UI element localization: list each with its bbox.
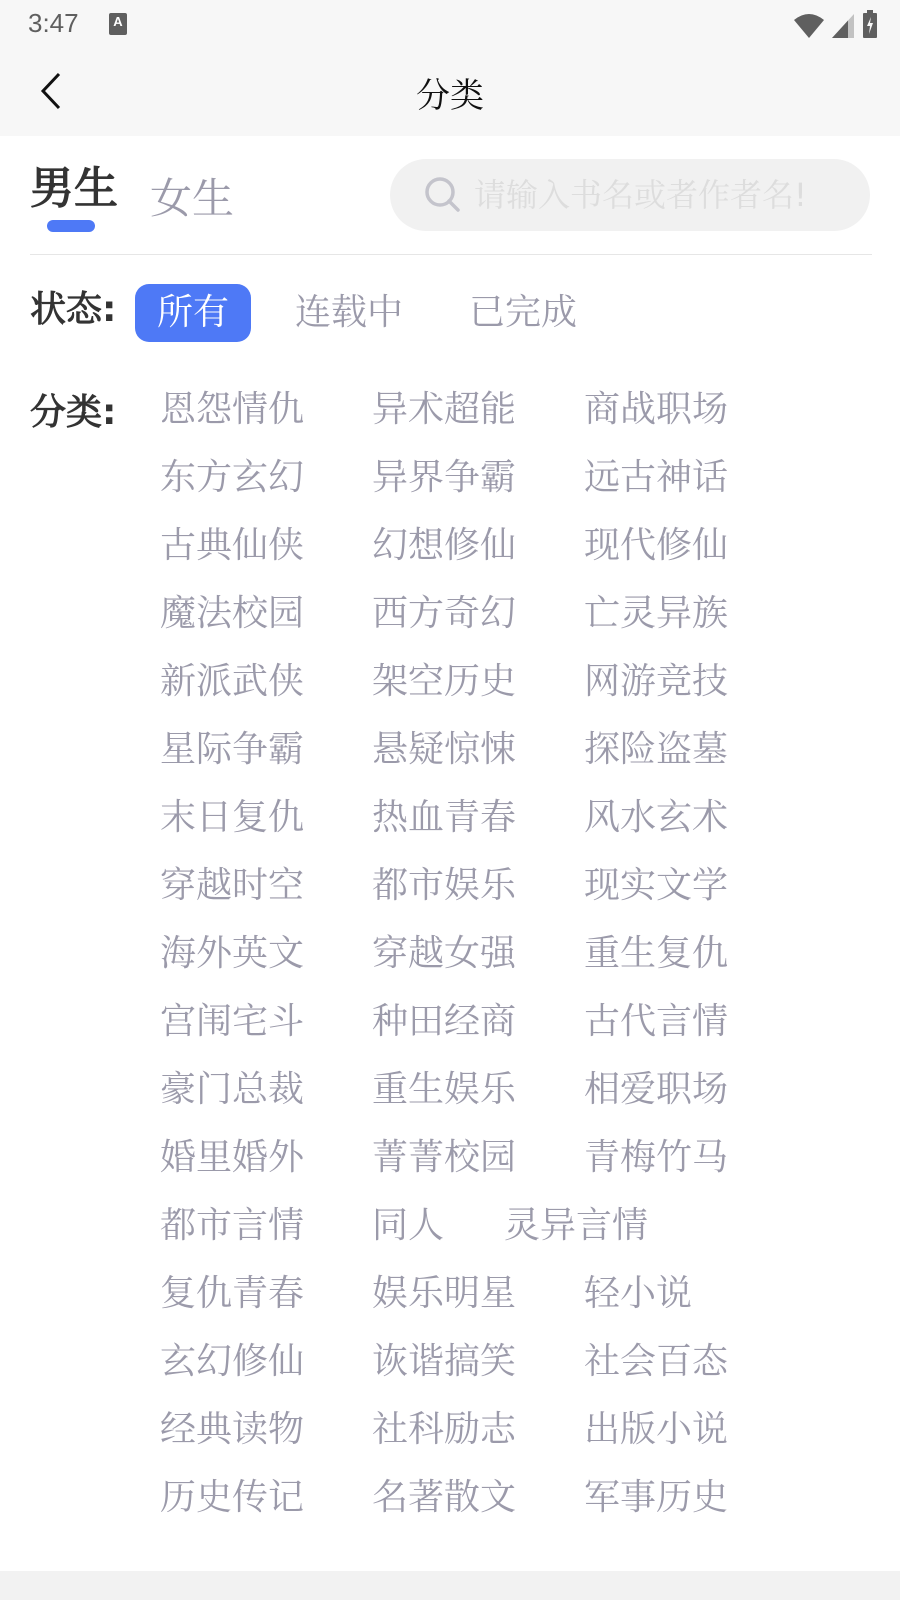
category-item[interactable]: 娱乐明星 bbox=[372, 1274, 524, 1314]
category-item[interactable]: 重生复仇 bbox=[584, 934, 736, 974]
category-item[interactable]: 末日复仇 bbox=[160, 798, 312, 838]
category-item[interactable]: 社会百态 bbox=[584, 1342, 736, 1382]
category-filter: 分类: 恩怨情仇 异术超能 商战职场 东方玄幻 异界争霸 远古神话 古典仙侠 幻… bbox=[30, 380, 870, 1518]
category-item[interactable]: 网游竞技 bbox=[584, 662, 736, 702]
category-item[interactable]: 重生娱乐 bbox=[372, 1070, 524, 1110]
category-item[interactable]: 军事历史 bbox=[584, 1478, 736, 1518]
tab-female[interactable]: 女生 bbox=[150, 166, 234, 232]
tab-female-label: 女生 bbox=[150, 174, 234, 223]
category-item[interactable]: 诙谐搞笑 bbox=[372, 1342, 524, 1382]
status-filter-label: 状态: bbox=[30, 281, 135, 332]
search-icon bbox=[424, 176, 462, 214]
gender-tabs: 男生 女生 bbox=[30, 152, 234, 232]
category-item[interactable]: 远古神话 bbox=[584, 458, 736, 498]
active-tab-indicator bbox=[47, 220, 95, 232]
search-input[interactable] bbox=[474, 176, 854, 214]
category-item[interactable]: 历史传记 bbox=[160, 1478, 312, 1518]
category-item[interactable]: 商战职场 bbox=[584, 390, 736, 430]
category-item[interactable]: 社科励志 bbox=[372, 1410, 524, 1450]
status-option-completed[interactable]: 已完成 bbox=[447, 284, 599, 342]
category-item[interactable]: 穿越时空 bbox=[160, 866, 312, 906]
category-item[interactable]: 东方玄幻 bbox=[160, 458, 312, 498]
category-item[interactable]: 婚里婚外 bbox=[160, 1138, 312, 1178]
category-item[interactable]: 现实文学 bbox=[584, 866, 736, 906]
category-item[interactable]: 种田经商 bbox=[372, 1002, 524, 1042]
category-item[interactable]: 同人 bbox=[372, 1206, 444, 1246]
wifi-icon bbox=[794, 14, 824, 38]
category-item[interactable]: 悬疑惊悚 bbox=[372, 730, 524, 770]
category-item[interactable]: 出版小说 bbox=[584, 1410, 736, 1450]
divider bbox=[30, 254, 872, 255]
status-time: 3:47 bbox=[28, 8, 79, 39]
category-item[interactable]: 轻小说 bbox=[584, 1274, 736, 1314]
category-item[interactable]: 都市言情 bbox=[160, 1206, 312, 1246]
category-item[interactable]: 新派武侠 bbox=[160, 662, 312, 702]
category-item[interactable]: 异术超能 bbox=[372, 390, 524, 430]
category-item[interactable]: 玄幻修仙 bbox=[160, 1342, 312, 1382]
category-item[interactable]: 古代言情 bbox=[584, 1002, 736, 1042]
category-item[interactable]: 异界争霸 bbox=[372, 458, 524, 498]
category-item[interactable]: 青梅竹马 bbox=[584, 1138, 736, 1178]
category-item[interactable]: 海外英文 bbox=[160, 934, 312, 974]
status-option-ongoing[interactable]: 连载中 bbox=[273, 284, 425, 342]
category-item[interactable]: 风水玄术 bbox=[584, 798, 736, 838]
category-item[interactable]: 古典仙侠 bbox=[160, 526, 312, 566]
status-filter: 状态: 所有 连载中 已完成 bbox=[30, 284, 621, 342]
category-item[interactable]: 西方奇幻 bbox=[372, 594, 524, 634]
category-item[interactable]: 魔法校园 bbox=[160, 594, 312, 634]
page-title: 分类 bbox=[0, 68, 900, 117]
category-list: 恩怨情仇 异术超能 商战职场 东方玄幻 异界争霸 远古神话 古典仙侠 幻想修仙 … bbox=[160, 380, 780, 1518]
category-item[interactable]: 穿越女强 bbox=[372, 934, 524, 974]
category-item[interactable]: 探险盗墓 bbox=[584, 730, 736, 770]
status-option-all[interactable]: 所有 bbox=[135, 284, 251, 342]
battery-charging-icon bbox=[862, 10, 878, 38]
category-item[interactable]: 亡灵异族 bbox=[584, 594, 736, 634]
category-item[interactable]: 幻想修仙 bbox=[372, 526, 524, 566]
keyboard-notification-icon: A bbox=[109, 13, 127, 35]
bottom-strip bbox=[0, 1571, 900, 1600]
category-item[interactable]: 现代修仙 bbox=[584, 526, 736, 566]
tab-male[interactable]: 男生 bbox=[30, 152, 118, 232]
category-item[interactable]: 菁菁校园 bbox=[372, 1138, 524, 1178]
category-item[interactable]: 名著散文 bbox=[372, 1478, 524, 1518]
category-item[interactable]: 架空历史 bbox=[372, 662, 524, 702]
search-box[interactable] bbox=[390, 159, 870, 231]
status-icons bbox=[794, 10, 878, 38]
category-item[interactable]: 经典读物 bbox=[160, 1410, 312, 1450]
category-item[interactable]: 灵异言情 bbox=[504, 1206, 648, 1246]
category-item[interactable]: 都市娱乐 bbox=[372, 866, 524, 906]
category-item[interactable]: 复仇青春 bbox=[160, 1274, 312, 1314]
category-item[interactable]: 恩怨情仇 bbox=[160, 390, 312, 430]
category-item[interactable]: 豪门总裁 bbox=[160, 1070, 312, 1110]
category-item[interactable]: 宫闱宅斗 bbox=[160, 1002, 312, 1042]
category-item[interactable]: 相爱职场 bbox=[584, 1070, 736, 1110]
category-filter-label: 分类: bbox=[30, 384, 160, 1518]
cell-signal-icon bbox=[832, 14, 854, 38]
app-header: 分类 bbox=[0, 48, 900, 136]
category-item[interactable]: 星际争霸 bbox=[160, 730, 312, 770]
category-item[interactable]: 热血青春 bbox=[372, 798, 524, 838]
tab-male-label: 男生 bbox=[30, 163, 118, 214]
status-bar: 3:47 A bbox=[0, 0, 900, 48]
